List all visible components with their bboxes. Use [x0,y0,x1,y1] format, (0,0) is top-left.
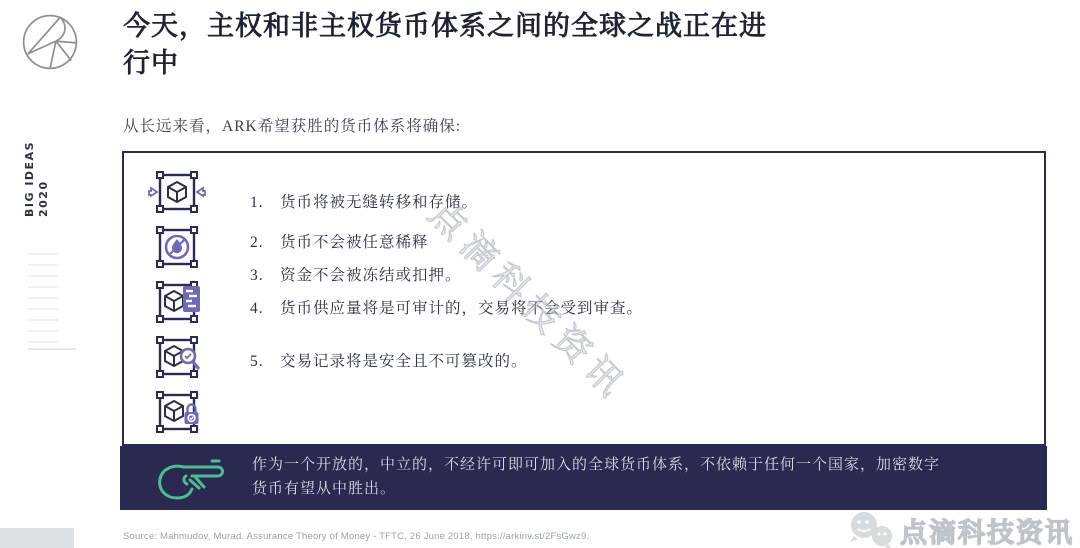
faint-lines-watermark [28,253,58,349]
checklist-item-2: 2.货币不会被任意稀释 [250,230,429,252]
footer-watermark-text: 点滴科技资讯 [900,511,1074,548]
footer-watermark: 点滴科技资讯 [844,510,1074,548]
pointing-hand-icon-wrap [146,452,236,509]
source-citation: Source: Mahmudov, Murad. Assurance Theor… [123,531,589,542]
item-number: 5. [250,353,280,371]
callout-line2: 货币有望从中胜出。 [252,477,1022,501]
page-title: 今天，主权和非主权货币体系之间的全球之战正在进 行中 [123,8,1023,82]
cube-magnifier-check-icon [148,331,206,385]
no-dilution-flame-icon [148,221,206,275]
chat-bubbles-logo-icon [844,510,896,548]
item-text: 交易记录将是安全且不可篡改的。 [280,353,528,370]
item-number: 2. [250,234,280,252]
checklist-item-4: 4.货币供应量将是可审计的，交易将不会受到审查。 [250,296,643,318]
cube-transfer-arrows-icon [148,166,206,220]
pointing-hand-icon [146,452,236,504]
item-text: 货币供应量将是可审计的，交易将不会受到审查。 [280,300,643,317]
big-ideas-2020-label: BIG IDEAS 2020 [23,87,51,217]
cube-lock-check-icon [148,386,206,440]
bottom-left-gray-block [0,528,74,548]
callout-line1: 作为一个开放的，中立的，不经许可即可加入的全球货币体系，不依赖于任何一个国家，加… [252,453,1022,477]
big-ideas-label: BIG IDEAS [23,87,37,217]
checklist-item-3: 3.资金不会被冻结或扣押。 [250,263,462,285]
intro-line: 从长远来看，ARK希望获胜的货币体系将确保: [123,114,983,136]
year-label: 2020 [37,87,51,217]
ark-logo-icon [16,8,84,76]
faint-line-tail [28,348,76,350]
cube-audit-list-icon [148,276,206,330]
checklist-box: 1.货币将被无缝转移和存储。 2.货币不会被任意稀释 3.资金不会被冻结或扣押。… [122,151,1046,446]
checklist-item-5: 5.交易记录将是安全且不可篡改的。 [250,349,528,371]
item-text: 资金不会被冻结或扣押。 [280,267,462,284]
item-number: 1. [250,194,280,212]
item-text: 货币不会被任意稀释 [280,234,429,251]
page-title-line2: 行中 [123,45,1023,82]
callout-text: 作为一个开放的，中立的，不经许可即可加入的全球货币体系，不依赖于任何一个国家，加… [252,453,1022,501]
callout-bar: 作为一个开放的，中立的，不经许可即可加入的全球货币体系，不依赖于任何一个国家，加… [120,446,1047,510]
item-number: 4. [250,300,280,318]
item-number: 3. [250,267,280,285]
page-title-line1: 今天，主权和非主权货币体系之间的全球之战正在进 [123,8,1023,45]
checklist-icon-column [148,166,208,440]
